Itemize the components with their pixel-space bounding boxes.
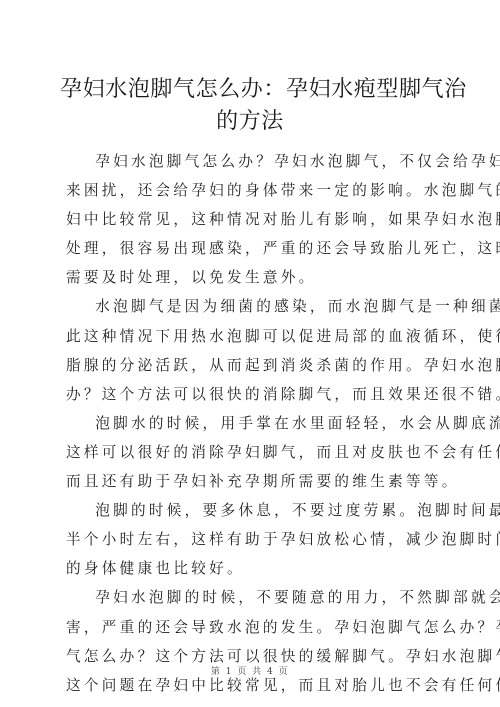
title-line: 的方法 <box>60 106 440 138</box>
text-line: 孕妇水泡脚的时候，不要随意的用力，不然脚部就会受到损 <box>66 583 434 612</box>
text-line: 水泡脚气是因为细菌的感染，而水泡脚气是一种细菌感染，因 <box>66 292 434 321</box>
text-line: 妇中比较常见，这种情况对胎儿有影响，如果孕妇水泡脚后不及时 <box>37 205 434 234</box>
document-body: 孕妇水泡脚气怎么办？孕妇水泡脚气，不仅会给孕妇的脚部带 来困扰，还会给孕妇的身体… <box>66 147 434 700</box>
text-line: 泡脚的时候，要多休息，不要过度劳累。泡脚时间最好控制在 <box>66 496 434 525</box>
paragraph: 孕妇水泡脚的时候，不要随意的用力，不然脚部就会受到损 害，严重的还会导致水泡的发… <box>66 583 434 699</box>
paragraph: 水泡脚气是因为细菌的感染，而水泡脚气是一种细菌感染，因 此这种情况下用热水泡脚可… <box>66 292 434 408</box>
title-line: 孕妇水泡脚气怎么办：孕妇水疱型脚气治 <box>60 74 440 106</box>
text-line: 孕妇水泡脚气怎么办？孕妇水泡脚气，不仅会给孕妇的脚部带 <box>66 147 434 176</box>
text-line: 办？这个方法可以很快的消除脚气，而且效果还很不错。 <box>37 380 434 409</box>
text-line: 半个小时左右，这样有助于孕妇放松心情，减少泡脚时间，对孕妇 <box>37 525 434 554</box>
text-line: 此这种情况下用热水泡脚可以促进局部的血液循环，使得毛发及皮 <box>37 322 434 351</box>
text-line: 来困扰，还会给孕妇的身体带来一定的影响。水泡脚气的情况在孕 <box>37 176 434 205</box>
text-line: 处理，很容易出现感染，严重的还会导致胎儿死亡，这时候，孕妇 <box>37 234 434 263</box>
document-page: 孕妇水泡脚气怎么办：孕妇水疱型脚气治 的方法 孕妇水泡脚气怎么办？孕妇水泡脚气，… <box>0 0 500 707</box>
text-line: 的身体健康也比较好。 <box>37 554 434 583</box>
text-line: 脂腺的分泌活跃，从而起到消炎杀菌的作用。孕妇水泡脚气怎么 <box>37 351 434 380</box>
paragraph: 孕妇水泡脚气怎么办？孕妇水泡脚气，不仅会给孕妇的脚部带 来困扰，还会给孕妇的身体… <box>66 147 434 292</box>
text-line: 而且还有助于孕妇补充孕期所需要的维生素等等。 <box>37 467 434 496</box>
paragraph: 泡脚水的时候，用手掌在水里面轻轻，水会从脚底流向脚跟。 这样可以很好的消除孕妇脚… <box>66 409 434 496</box>
document-title: 孕妇水泡脚气怎么办：孕妇水疱型脚气治 的方法 <box>60 74 440 138</box>
text-line: 泡脚水的时候，用手掌在水里面轻轻，水会从脚底流向脚跟。 <box>66 409 434 438</box>
text-line: 这样可以很好的消除孕妇脚气，而且对皮肤也不会有任何的伤害， <box>37 438 434 467</box>
page-number-footer: 第 1 页 共 4 页 <box>0 664 500 677</box>
text-line: 需要及时处理，以免发生意外。 <box>37 263 434 292</box>
paragraph: 泡脚的时候，要多休息，不要过度劳累。泡脚时间最好控制在 半个小时左右，这样有助于… <box>66 496 434 583</box>
text-line: 害，严重的还会导致水泡的发生。孕妇泡脚气怎么办？孕妇水泡脚 <box>37 613 434 642</box>
